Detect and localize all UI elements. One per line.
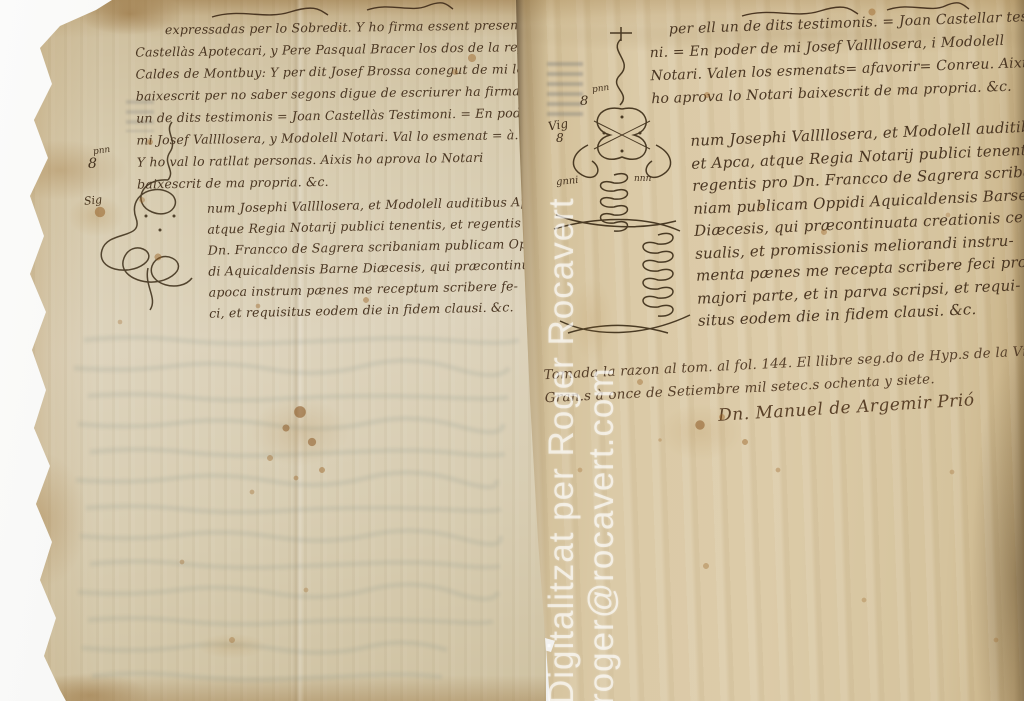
digitization-watermark: Digitalitzat per Roger Rocavert roger@ro… [542,205,622,701]
scanned-manuscript: { "watermark": { "line1": "Digitalitzat … [0,0,1024,701]
watermark-email-text: roger@rocavert.com [582,205,622,701]
watermark-credit-text: Digitalitzat per Roger Rocavert [542,205,582,701]
left-page: pnn 8 Sig expressadas per lo Sobredit. Y… [0,0,546,701]
ink-and-foxing-stains-left [0,0,546,701]
